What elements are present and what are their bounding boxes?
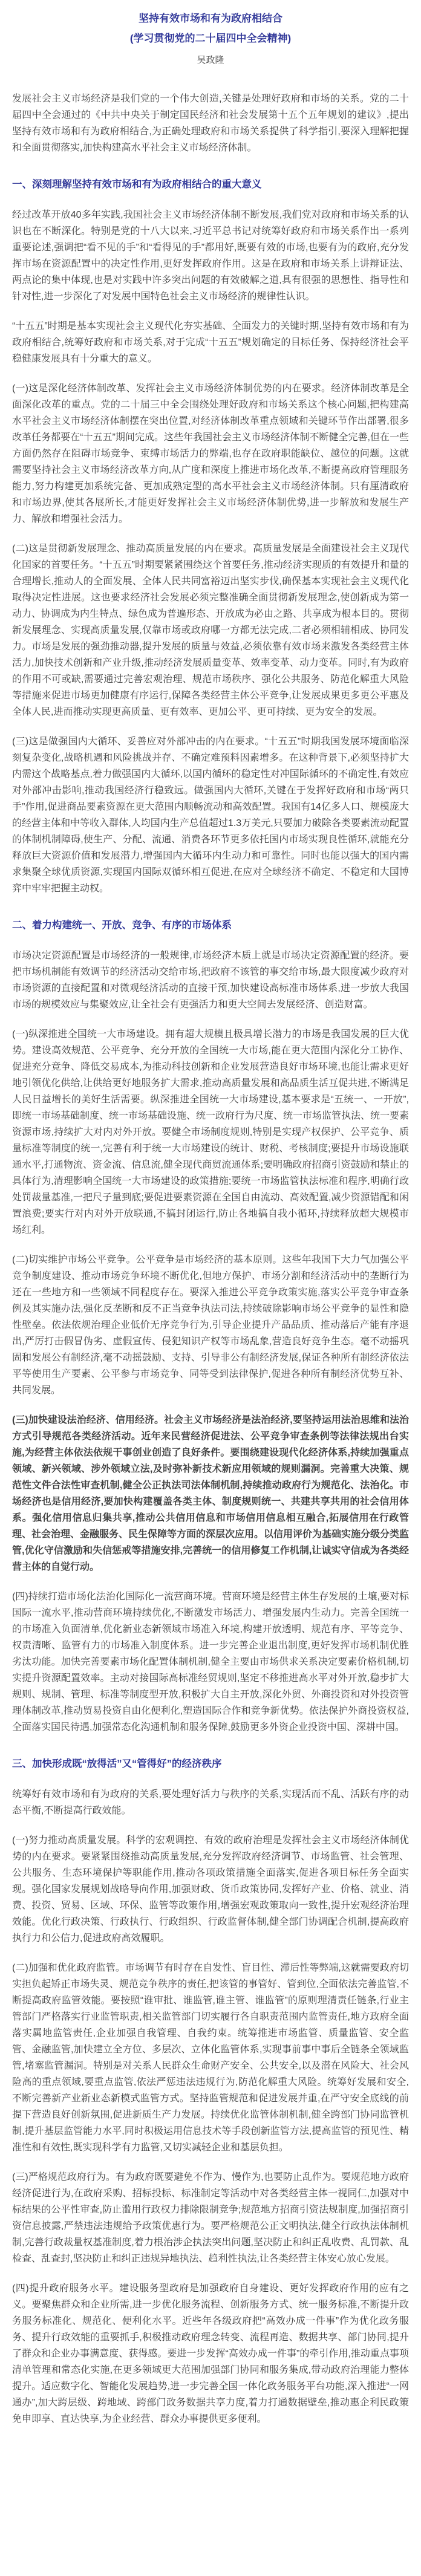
- article-title: 坚持有效市场和有为政府相结合: [12, 11, 409, 27]
- article-paragraph: 经过改革开放40多年实践,我国社会主义市场经济体制不断发展,我们党对政府和市场关…: [12, 207, 409, 305]
- article-paragraph: (二)这是贯彻新发展理念、推动高质量发展的内在要求。高质量发展是全面建设社会主义…: [12, 541, 409, 720]
- article-paragraph: (一)纵深推进全国统一大市场建设。拥有超大规模且极具增长潜力的市场是我国发展的巨…: [12, 1026, 409, 1238]
- article-paragraph: (二)切实维护市场公平竞争。公平竞争是市场经济的基本原则。这些年我国下大力气加强…: [12, 1252, 409, 1399]
- article-paragraph: (三)加快建设法治经济、信用经济。社会主义市场经济是法治经济,要坚持运用法治思维…: [12, 1412, 409, 1575]
- article-paragraph: (三)严格规范政府行为。有为政府既要避免不作为、慢作为,也要防止乱作为。要规范地…: [12, 2169, 409, 2267]
- article-paragraph: (一)这是深化经济体制改革、发挥社会主义市场经济体制优势的内在要求。经济体制改革…: [12, 380, 409, 527]
- article-paragraph: (二)加强和优化政府监管。市场调节有时存在自发性、盲目性、滞后性等弊端,这就需要…: [12, 1960, 409, 2156]
- article-paragraph: (一)努力推动高质量发展。科学的宏观调控、有效的政府治理是发挥社会主义市场经济体…: [12, 1832, 409, 1947]
- article-paragraph: 市场决定资源配置是市场经济的一般规律,市场经济本质上就是市场决定资源配置的经济。…: [12, 948, 409, 1013]
- article-paragraph: (四)提升政府服务水平。建设服务型政府是加强政府自身建设、更好发挥政府作用的应有…: [12, 2280, 409, 2427]
- article-subtitle: (学习贯彻党的二十届四中全会精神): [12, 31, 409, 46]
- article-paragraph: 统筹好有效市场和有为政府的关系,要处理好活力与秩序的关系,实现活而不乱、活跃有序…: [12, 1786, 409, 1819]
- article-paragraph: 发展社会主义市场经济是我们党的一个伟大创造,关键是处理好政府和市场的关系。党的二…: [12, 91, 409, 156]
- article-paragraph: (四)持续打造市场化法治化国际化一流营商环境。营商环境是经营主体生存发展的土壤,…: [12, 1589, 409, 1735]
- article-body: 发展社会主义市场经济是我们党的一个伟大创造,关键是处理好政府和市场的关系。党的二…: [12, 91, 409, 2427]
- article-paragraph: (三)这是做强国内大循环、妥善应对外部冲击的内在要求。“十五五”时期我国发展环境…: [12, 733, 409, 897]
- article-paragraph: “十五五”时期是基本实现社会主义现代化夯实基础、全面发力的关键时期,坚持有效市场…: [12, 318, 409, 367]
- article-page: 坚持有效市场和有为政府相结合 (学习贯彻党的二十届四中全会精神) 吴政隆 发展社…: [0, 0, 421, 2576]
- section-heading: 一、深刻理解坚持有效市场和有为政府相结合的重大意义: [12, 177, 409, 192]
- article-author: 吴政隆: [12, 54, 409, 67]
- section-heading: 二、着力构建统一、开放、竞争、有序的市场体系: [12, 917, 409, 933]
- section-heading: 三、加快形成既“放得活”又“管得好”的经济秩序: [12, 1756, 409, 1772]
